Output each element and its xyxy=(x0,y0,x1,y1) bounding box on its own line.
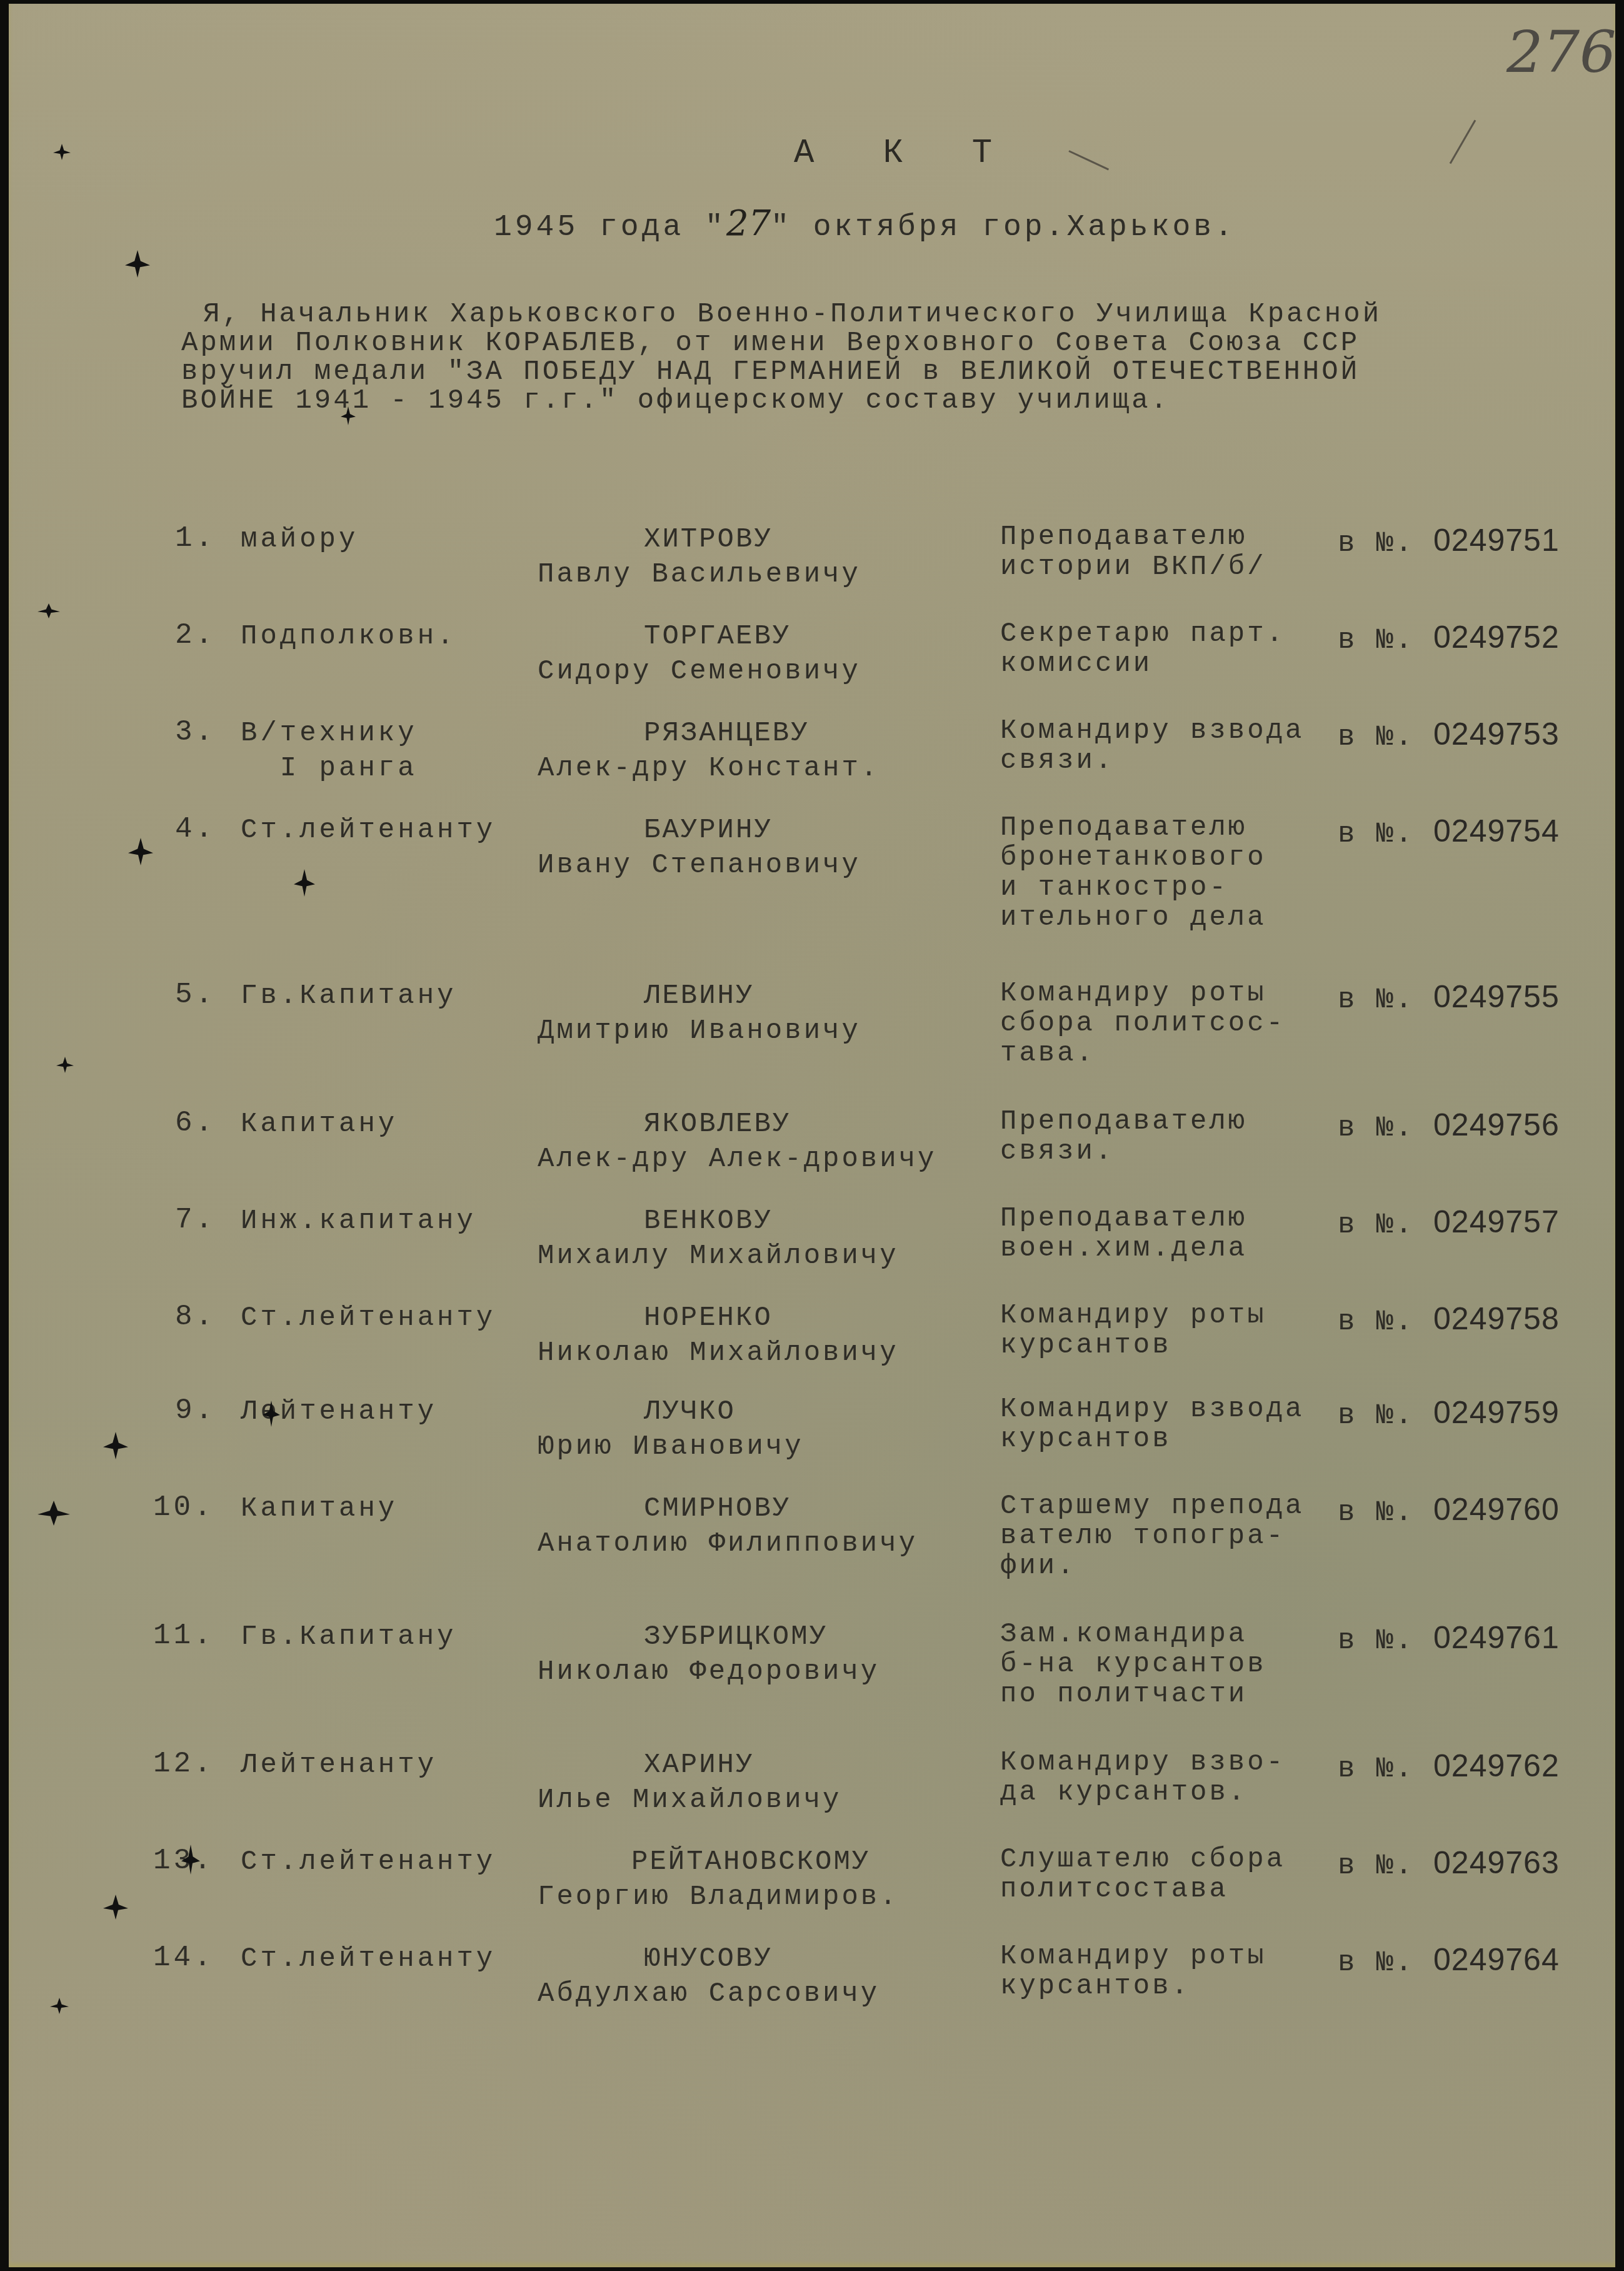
row-number: 7. xyxy=(175,1204,216,1236)
row-surname: ХИТРОВУ xyxy=(538,522,975,557)
row-recipient: ХИТРОВУПавлу Васильевичу xyxy=(538,522,975,592)
intro-line: Я, Начальник Харьковского Военно-Политич… xyxy=(181,300,1588,329)
row-surname: ЯКОВЛЕВУ xyxy=(538,1107,975,1142)
dateline-day-handwritten: 27 xyxy=(726,203,771,244)
row-rank: Ст.лейтенанту xyxy=(241,1301,496,1336)
row-recipient: ЯКОВЛЕВУАлек-дру Алек-дровичу xyxy=(538,1107,975,1177)
row-medal: в №. 0249762 xyxy=(1338,1748,1560,1785)
medal-prefix: в №. xyxy=(1338,984,1414,1016)
medal-number: 0249756 xyxy=(1433,1107,1560,1142)
row-medal: в №. 0249755 xyxy=(1338,979,1560,1016)
row-position: Зам.командира б-на курсантов по политчас… xyxy=(1000,1619,1350,1710)
row-recipient: НОРЕНКОНиколаю Михайловичу xyxy=(538,1301,975,1371)
row-number: 9. xyxy=(175,1394,216,1427)
row-given-name: Абдулхаю Сарсовичу xyxy=(538,1976,975,2012)
row-rank: Капитану xyxy=(241,1107,398,1142)
row-position: Командиру роты курсантов xyxy=(1000,1301,1350,1361)
medal-prefix: в №. xyxy=(1338,1112,1414,1144)
row-surname: ВЕНКОВУ xyxy=(538,1204,975,1239)
row-medal: в №. 0249761 xyxy=(1338,1619,1560,1657)
row-given-name: Анатолию Филипповичу xyxy=(538,1526,975,1561)
intro-line: Армии Полковник КОРАБЛЕВ, от имени Верхо… xyxy=(181,329,1588,358)
row-surname: РЕЙТАНОВСКОМУ xyxy=(538,1845,975,1880)
row-given-name: Юрию Ивановичу xyxy=(538,1429,975,1464)
row-given-name: Дмитрию Ивановичу xyxy=(538,1014,975,1049)
medal-number: 0249753 xyxy=(1433,717,1560,752)
row-medal: в №. 0249754 xyxy=(1338,813,1560,850)
medal-number: 0249757 xyxy=(1433,1204,1560,1239)
row-number: 14. xyxy=(153,1941,214,1974)
row-recipient: ХАРИНУИлье Михайловичу xyxy=(538,1748,975,1818)
row-position: Командиру взвода связи. xyxy=(1000,716,1350,776)
row-position: Секретарю парт. комиссии xyxy=(1000,619,1350,679)
row-rank: Ст.лейтенанту xyxy=(241,813,496,848)
medal-prefix: в №. xyxy=(1338,818,1414,850)
row-rank: Капитану xyxy=(241,1491,398,1526)
row-surname: ХАРИНУ xyxy=(538,1748,975,1783)
medal-number: 0249752 xyxy=(1433,620,1560,655)
row-recipient: ВЕНКОВУМихаилу Михайловичу xyxy=(538,1204,975,1274)
row-number: 10. xyxy=(153,1491,214,1524)
medal-prefix: в №. xyxy=(1338,527,1414,560)
row-position: Старшему препода вателю топогра- фии. xyxy=(1000,1491,1350,1581)
row-medal: в №. 0249758 xyxy=(1338,1301,1560,1338)
dateline: 1945 года "27" октября гор.Харьков. xyxy=(494,203,1236,244)
medal-prefix: в №. xyxy=(1338,1946,1414,1979)
row-position: Преподавателю воен.хим.дела xyxy=(1000,1204,1350,1264)
row-given-name: Николаю Михайловичу xyxy=(538,1336,975,1371)
row-medal: в №. 0249756 xyxy=(1338,1107,1560,1144)
row-rank: Ст.лейтенанту xyxy=(241,1941,496,1976)
intro-paragraph: Я, Начальник Харьковского Военно-Политич… xyxy=(181,300,1588,415)
row-position: Командиру взвода курсантов xyxy=(1000,1394,1350,1454)
row-number: 12. xyxy=(153,1748,214,1780)
row-position: Преподавателю истории ВКП/б/ xyxy=(1000,522,1350,582)
row-position: Слушателю сбора политсостава xyxy=(1000,1845,1350,1905)
row-surname: НОРЕНКО xyxy=(538,1301,975,1336)
handwritten-page-number: 276 xyxy=(1506,19,1616,86)
row-medal: в №. 0249753 xyxy=(1338,716,1560,753)
row-medal: в №. 0249752 xyxy=(1338,619,1560,657)
row-rank: Подполковн. xyxy=(241,619,456,654)
row-recipient: ТОРГАЕВУСидору Семеновичу xyxy=(538,619,975,689)
medal-number: 0249754 xyxy=(1433,813,1560,848)
row-given-name: Михаилу Михайловичу xyxy=(538,1239,975,1274)
row-given-name: Ивану Степановичу xyxy=(538,848,975,883)
row-rank: Лейтенанту xyxy=(241,1748,437,1783)
row-given-name: Павлу Васильевичу xyxy=(538,557,975,592)
row-number: 11. xyxy=(153,1619,214,1652)
medal-number: 0249759 xyxy=(1433,1395,1560,1430)
row-position: Преподавателю связи. xyxy=(1000,1107,1350,1167)
row-number: 8. xyxy=(175,1301,216,1333)
medal-prefix: в №. xyxy=(1338,721,1414,753)
row-number: 3. xyxy=(175,716,216,748)
document-title: АКТ xyxy=(794,134,1061,173)
row-rank: майору xyxy=(241,522,358,557)
row-surname: ЗУБРИЦКОМУ xyxy=(538,1619,975,1654)
row-recipient: ЛЕВИНУДмитрию Ивановичу xyxy=(538,979,975,1049)
medal-prefix: в №. xyxy=(1338,1399,1414,1432)
medal-prefix: в №. xyxy=(1338,1496,1414,1529)
medal-number: 0249758 xyxy=(1433,1301,1560,1336)
row-position: Преподавателю бронетанкового и танкостро… xyxy=(1000,813,1350,933)
row-medal: в №. 0249763 xyxy=(1338,1845,1560,1882)
row-number: 5. xyxy=(175,979,216,1011)
row-recipient: ЛУЧКОЮрию Ивановичу xyxy=(538,1394,975,1464)
intro-line: вручил медали "ЗА ПОБЕДУ НАД ГЕРМАНИЕЙ в… xyxy=(181,358,1588,386)
row-rank: Гв.Капитану xyxy=(241,1619,456,1654)
row-medal: в №. 0249751 xyxy=(1338,522,1560,560)
row-given-name: Сидору Семеновичу xyxy=(538,654,975,689)
row-recipient: СМИРНОВУАнатолию Филипповичу xyxy=(538,1491,975,1561)
medal-prefix: в №. xyxy=(1338,1753,1414,1785)
row-medal: в №. 0249757 xyxy=(1338,1204,1560,1241)
medal-prefix: в №. xyxy=(1338,1850,1414,1882)
medal-prefix: в №. xyxy=(1338,1624,1414,1657)
medal-number: 0249764 xyxy=(1433,1942,1560,1977)
row-surname: ЛУЧКО xyxy=(538,1394,975,1429)
row-medal: в №. 0249764 xyxy=(1338,1941,1560,1979)
row-recipient: ЮНУСОВУАбдулхаю Сарсовичу xyxy=(538,1941,975,2012)
row-medal: в №. 0249759 xyxy=(1338,1394,1560,1432)
row-rank: Ст.лейтенанту xyxy=(241,1845,496,1880)
row-given-name: Николаю Федоровичу xyxy=(538,1654,975,1689)
medal-prefix: в №. xyxy=(1338,1209,1414,1241)
medal-number: 0249762 xyxy=(1433,1748,1560,1783)
row-given-name: Георгию Владимиров. xyxy=(538,1880,975,1915)
row-recipient: РЕЙТАНОВСКОМУГеоргию Владимиров. xyxy=(538,1845,975,1915)
medal-number: 0249755 xyxy=(1433,979,1560,1014)
row-surname: ТОРГАЕВУ xyxy=(538,619,975,654)
row-number: 2. xyxy=(175,619,216,652)
dateline-month-city: октября гор.Харьков. xyxy=(813,211,1236,244)
row-rank: В/технику I ранга xyxy=(241,716,418,786)
row-number: 1. xyxy=(175,522,216,555)
row-position: Командиру взво- да курсантов. xyxy=(1000,1748,1350,1808)
row-recipient: ЗУБРИЦКОМУНиколаю Федоровичу xyxy=(538,1619,975,1689)
row-recipient: РЯЗАНЦЕВУАлек-дру Констант. xyxy=(538,716,975,786)
medal-number: 0249763 xyxy=(1433,1845,1560,1880)
row-position: Командиру роты курсантов. xyxy=(1000,1941,1350,2002)
row-surname: СМИРНОВУ xyxy=(538,1491,975,1526)
row-medal: в №. 0249760 xyxy=(1338,1491,1560,1529)
intro-line: ВОЙНЕ 1941 - 1945 г.г." офицерскому сост… xyxy=(181,386,1588,415)
row-surname: РЯЗАНЦЕВУ xyxy=(538,716,975,751)
medal-number: 0249760 xyxy=(1433,1492,1560,1527)
dateline-year: 1945 года xyxy=(494,211,684,244)
row-surname: ЛЕВИНУ xyxy=(538,979,975,1014)
row-surname: БАУРИНУ xyxy=(538,813,975,848)
row-number: 4. xyxy=(175,813,216,845)
row-given-name: Алек-дру Алек-дровичу xyxy=(538,1142,975,1177)
row-recipient: БАУРИНУИвану Степановичу xyxy=(538,813,975,883)
row-rank: Инж.капитану xyxy=(241,1204,476,1239)
row-given-name: Алек-дру Констант. xyxy=(538,751,975,786)
medal-number: 0249761 xyxy=(1433,1620,1560,1655)
medal-prefix: в №. xyxy=(1338,624,1414,657)
row-number: 6. xyxy=(175,1107,216,1139)
row-rank: Гв.Капитану xyxy=(241,979,456,1014)
row-surname: ЮНУСОВУ xyxy=(538,1941,975,1976)
row-position: Командиру роты сбора политсос- тава. xyxy=(1000,979,1350,1069)
row-given-name: Илье Михайловичу xyxy=(538,1783,975,1818)
medal-number: 0249751 xyxy=(1433,523,1560,558)
medal-prefix: в №. xyxy=(1338,1306,1414,1338)
